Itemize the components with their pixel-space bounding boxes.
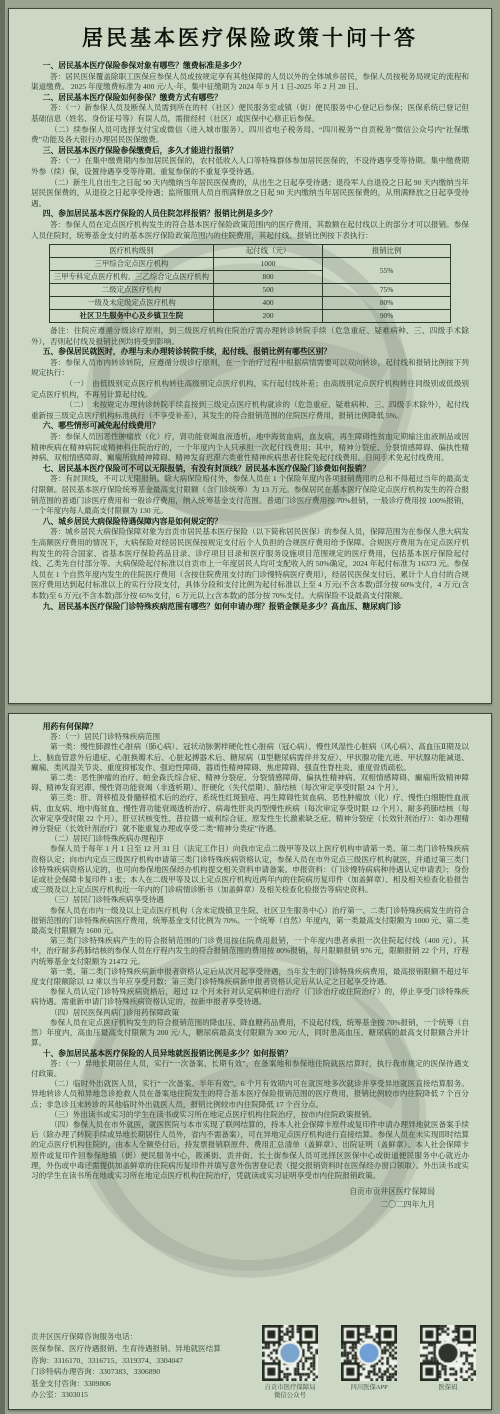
answer-paragraph: （二）居民门诊特殊疾病办理程序: [31, 834, 469, 844]
qr-item-sichuan-app: 四川医保APP: [338, 1325, 400, 1400]
answer-paragraph: （二） 未按规定办理转诊转院手续直接到三级定点医疗机构就诊的（危急重症、疑难病种…: [31, 400, 469, 421]
answer-paragraph: 备注：住院应遵循分级诊疗原则，到三级医疗机构住院治疗需办理转诊转院手续（危急重症…: [31, 326, 469, 347]
answer-paragraph: （二）新生儿自出生之日起 90 天内缴纳当年居民医保费的，从出生之日起享受待遇；…: [31, 178, 469, 210]
answer-paragraph: 答：城乡居民大病保险保障对象为自贡市居民基本医疗保险（以下简称居民医保）的参保人…: [31, 527, 469, 601]
page-2: 用药有何保障？答：（一）居民门诊特殊疾病范围第一类：慢性肺源性心脏病（肺心病）、…: [8, 713, 492, 1410]
ratio-value: 55%: [322, 258, 451, 284]
table-row: 二级定点医疗机构 500 75%: [49, 284, 451, 297]
table-row: 三甲综合定点医疗机构 1000 55%: [49, 258, 451, 271]
table-header-facility-level: 医疗机构级别: [49, 245, 214, 258]
question-heading: 七、居民基本医疗保险可不可以无限报销，有没有封顶线？居民基本医疗保险门诊费如何报…: [31, 464, 469, 475]
page1-content-top: 一、居民基本医疗保险参保对象有哪些？缴费标准是多少？答：居民医保覆盖除职工医保应…: [31, 61, 469, 241]
qr-label-line: 微信公众号: [259, 1392, 321, 1400]
medical-insurance-code-qr-code: [420, 1325, 476, 1381]
facility-name: 社区卫生服务中心及乡镇卫生院: [49, 310, 214, 323]
answer-paragraph: 答：参保人员市内转诊转院，应遵循分级诊疗原则，在一个治疗过程中根据病情需要可以双…: [31, 358, 469, 379]
question-heading: 二、居民基本医疗保险如何参保？缴费方式有哪些？: [31, 93, 469, 104]
qr-label: 自贡市医疗保障局 微信公众号: [259, 1384, 321, 1400]
qr-item-medical-code: 医保码: [417, 1325, 479, 1400]
answer-paragraph: （三）居民门诊特殊疾病享受待遇: [31, 895, 469, 905]
question-heading: 三、居民基本医疗保险参保缴费后，多久才能进行报销？: [31, 146, 469, 157]
question-heading: 十、参加居民基本医疗保险的人员异地就医报销比例是多少？如何报销？: [31, 1049, 469, 1059]
signature-organization: 自贡市贡井区医疗保障局: [31, 1185, 435, 1198]
answer-paragraph: 答：居民医保覆盖除职工医保应参保人员或按规定享有其他保障的人员以外的全体城乡居民…: [31, 72, 469, 93]
answer-paragraph: 答：有封顶线，不可以无限报销。除大病保险赔付外，参保人员在 1 个保险年度内各项…: [31, 474, 469, 516]
deductible-value: 500: [214, 284, 323, 297]
answer-paragraph: 第三类：肝、肾移植及骨髓移植术后的治疗、系统性红斑狼疮、再生障碍性贫血病、恶性肿…: [31, 793, 469, 834]
document-title: 居民基本医疗保险政策十问十答: [31, 25, 469, 51]
question-heading: 五、参保居民就医时，办理与未办理转诊转院手续，起付线、报销比例有哪些区别？: [31, 347, 469, 358]
page-1: 居民基本医疗保险政策十问十答 一、居民基本医疗保险参保对象有哪些？缴费标准是多少…: [8, 8, 492, 704]
ratio-value: 75%: [322, 284, 451, 297]
answer-paragraph: （四）居民医保两病门诊用药保障政策: [31, 1008, 469, 1018]
question-heading: 一、居民基本医疗保险参保对象有哪些？缴费标准是多少？: [31, 61, 469, 72]
qr-item-wechat: 自贡市医疗保障局 微信公众号: [259, 1325, 321, 1400]
question-heading: 用药有何保障？: [31, 722, 469, 732]
answer-paragraph: 答：（一）异地长期居住人员，实行“一次备案、长期有效”，在备案地和参保地住院就医…: [31, 1059, 469, 1079]
facility-name: 三甲综合定点医疗机构: [49, 258, 214, 271]
answer-paragraph: 参保人员于每年 1 月 1 日至 12 月 31 日（法定工作日）向我市定点二级…: [31, 844, 469, 895]
facility-name: 二级定点医疗机构: [49, 284, 214, 297]
sichuan-medical-app-qr-code: [341, 1325, 397, 1381]
answer-paragraph: 参保人员认定门诊特殊疾病资格后，超过 12 个月未针对认定病种进行治疗（门诊治疗…: [31, 987, 469, 1007]
answer-paragraph: 答：（一）居民门诊特殊疾病范围: [31, 732, 469, 742]
answer-paragraph: 第二类：恶性肿瘤的治疗、帕金森氏综合症、精神分裂症、分裂情感障碍、偏执性精神病、…: [31, 773, 469, 793]
ratio-value: 90%: [322, 310, 451, 323]
answer-paragraph: 参保人员在市内一级及以上定点医疗机构（含未定级镇卫生院、社区卫生服务中心）治疗第…: [31, 906, 469, 937]
question-heading: 四、参加居民基本医疗保险的人员住院怎样报销？报销比例是多少？: [31, 209, 469, 220]
contact-line: 办公室：3303015: [31, 1389, 259, 1401]
contact-line: 门诊特病办理咨询：3307383、3306890: [31, 1366, 259, 1378]
deductible-value: 1000: [214, 258, 323, 271]
qr-label-line: 四川医保APP: [338, 1384, 400, 1392]
qr-label: 四川医保APP: [338, 1384, 400, 1392]
table-row: 社区卫生服务中心及乡镇卫生院 200 90%: [49, 310, 451, 323]
table-row: 一级及未定级定点医疗机构 400 80%: [49, 297, 451, 310]
question-heading: 八、城乡居民大病保险待遇保障内容是如何规定的？: [31, 517, 469, 528]
wechat-qr-code: [262, 1325, 318, 1381]
deductible-value: 200: [214, 310, 323, 323]
answer-paragraph: （一） 由低级别定点医疗机构转往高级别定点医疗机构，实行起付线补差；由高级别定点…: [31, 379, 469, 400]
qr-label-line: 医保码: [417, 1384, 479, 1392]
contact-info: 贡井区医疗保障咨询服务电话：医保参保、医疗待遇报销、生育待遇报销、异地就医结算咨…: [31, 1321, 259, 1401]
answer-paragraph: 第三类门诊特殊疾病产生的符合报销范围的门诊费用按住院费用报销，一个年度内患者承担…: [31, 936, 469, 967]
answer-paragraph: 第一类、第二类门诊特殊疾病新申报者资格认定后从次月起享受待遇，当年发生的门诊特殊…: [31, 967, 469, 987]
contact-line: 医保参保、医疗待遇报销、生育待遇报销、异地就医结算: [31, 1343, 259, 1355]
answer-paragraph: （二）临时外出就医人员，实行“一次备案、半年有效”。6 个月有效期内可在就医地多…: [31, 1079, 469, 1110]
answer-paragraph: 第一类：慢性肺源性心脏病（肺心病）、冠状动脉粥样硬化性心脏病（冠心病）、慢性风湿…: [31, 742, 469, 773]
contact-line: 咨询：3316170、3316715、3319374、3304047: [31, 1355, 259, 1367]
answer-paragraph: （三）外出读书或实习的学生在读书或实习所在地定点医疗机构住院治疗，按市内住院政策…: [31, 1110, 469, 1120]
page2-content: 用药有何保障？答：（一）居民门诊特殊疾病范围第一类：慢性肺源性心脏病（肺心病）、…: [31, 722, 469, 1181]
answer-paragraph: 答：（一）在集中缴费期内参加居民医保的，农村低收入人口等特殊群体参加居民医保的，…: [31, 156, 469, 177]
facility-name: 三甲专科定点医疗机构、三乙综合定点医疗机构: [49, 271, 214, 284]
qr-code-row: 自贡市医疗保障局 微信公众号 四川医保APP 医保码: [259, 1321, 479, 1400]
answer-paragraph: 答：参保人员因恶性肿瘤放（化）疗，肾功能衰竭血液透析，地中海贫血病，血友病，再生…: [31, 432, 469, 464]
answer-paragraph: （二）续参保人员可选择支付宝或微信（进入城市服务）、四川省电子税务局、“四川税务…: [31, 125, 469, 146]
signature-block: 自贡市贡井区医疗保障局 二〇二四年九月: [31, 1185, 469, 1211]
table-header-ratio: 报销比例: [322, 245, 451, 258]
signature-date: 二〇二四年九月: [31, 1198, 435, 1211]
deductible-value: 400: [214, 297, 323, 310]
ratio-value: 80%: [322, 297, 451, 310]
reimbursement-table: 医疗机构级别 起付线（元） 报销比例 三甲综合定点医疗机构 1000 55% 三…: [49, 244, 452, 323]
contact-line: 基金支付咨询：3309806: [31, 1378, 259, 1390]
answer-paragraph: 答：参保人员在定点医疗机构发生的符合基本医疗保险政策范围内的医疗费用，其数额在起…: [31, 220, 469, 241]
question-heading: 九、居民基本医疗保险门诊特殊疾病范围有哪些？如何申请办理？报销金额是多少？高血压…: [31, 602, 469, 613]
page-footer: 贡井区医疗保障咨询服务电话：医保参保、医疗待遇报销、生育待遇报销、异地就医结算咨…: [31, 1321, 479, 1401]
table-header-deductible: 起付线（元）: [214, 245, 323, 258]
contact-line: 贡井区医疗保障咨询服务电话：: [31, 1331, 259, 1343]
facility-name: 一级及未定级定点医疗机构: [49, 297, 214, 310]
deductible-value: 800: [214, 271, 323, 284]
answer-paragraph: （四）参保人员在市外就医，就医医院与本市实现了联网结算的，持本人社会保障卡原件或…: [31, 1120, 469, 1181]
qr-label: 医保码: [417, 1384, 479, 1392]
question-heading: 六、哪些情形可减免起付线费用？: [31, 421, 469, 432]
page1-content-bottom: 备注：住院应遵循分级诊疗原则，到三级医疗机构住院治疗需办理转诊转院手续（危急重症…: [31, 326, 469, 612]
answer-paragraph: 参保人员在定点医疗机构发生的符合报销范围的降血压、降血糖药品费用，不设起付线，统…: [31, 1018, 469, 1049]
answer-paragraph: 答：（一）新参保人员及断保人员需到所在的村（社区）便民服务室或镇（街）便民服务中…: [31, 103, 469, 124]
table-header-row: 医疗机构级别 起付线（元） 报销比例: [49, 245, 451, 258]
